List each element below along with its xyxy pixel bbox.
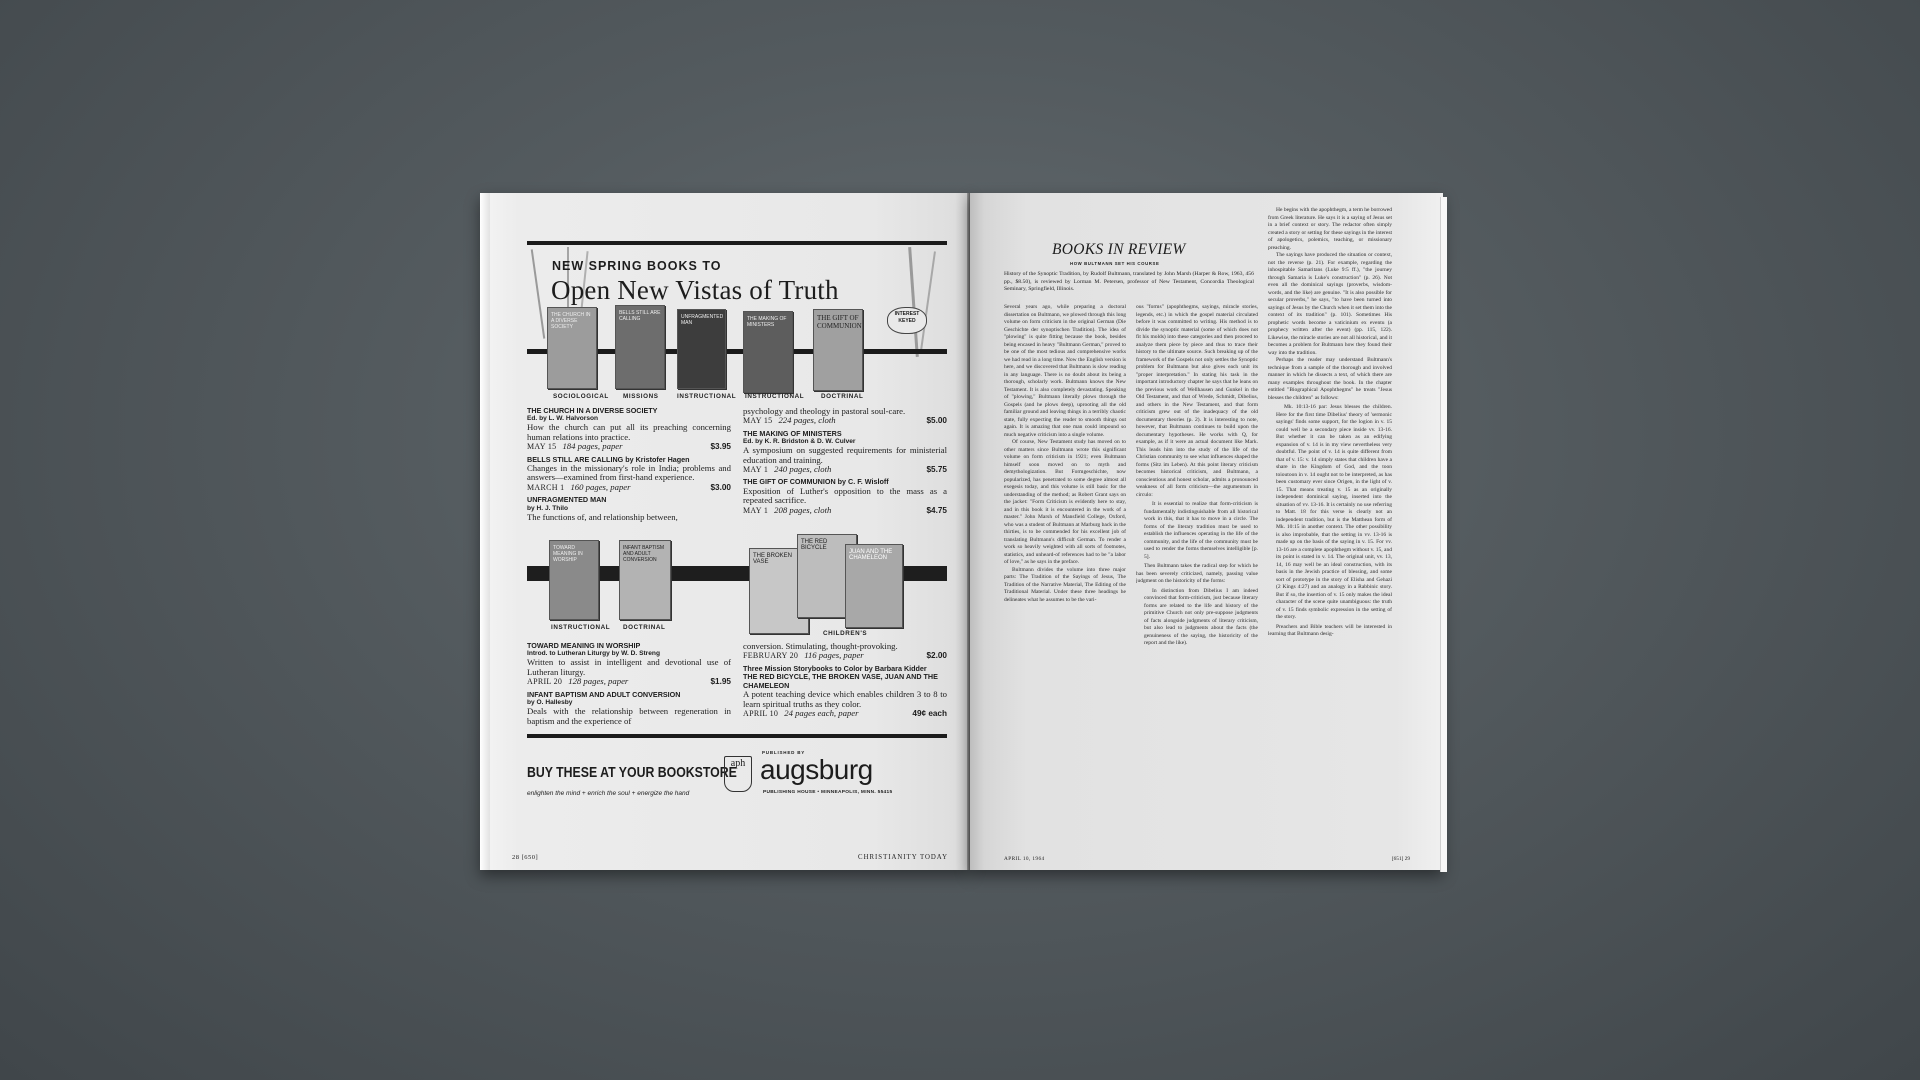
section-title: BOOKS IN REVIEW xyxy=(1052,241,1186,259)
book-entry: conversion. Stimulating, thought-provoki… xyxy=(743,642,947,661)
book-shelf-bottom: Toward Meaning in Worship Infant Baptism… xyxy=(527,534,947,630)
book-titles: THE RED BICYCLE, THE BROKEN VASE, JUAN A… xyxy=(743,673,947,690)
book-entry: TOWARD MEANING IN WORSHIP Introd. to Lut… xyxy=(527,642,731,687)
review-column-3: He begins with the apophthegm, a term he… xyxy=(1268,207,1392,844)
book-entry: INFANT BAPTISM AND ADULT CONVERSION by O… xyxy=(527,691,731,726)
book-list-top: THE CHURCH IN A DIVERSE SOCIETY Ed. by L… xyxy=(527,407,947,526)
book-meta: MAY 15224 pages, cloth$5.00 xyxy=(743,416,947,425)
book-entry: Three Mission Storybooks to Color by Bar… xyxy=(743,665,947,718)
book-cover: The Making of Ministers xyxy=(743,311,793,393)
book-price: $3.95 xyxy=(711,442,732,451)
ad-hero: NEW SPRING BOOKS TO Open New Vistas of T… xyxy=(527,245,947,375)
book-list-bottom: TOWARD MEANING IN WORSHIP Introd. to Lut… xyxy=(527,642,947,730)
book-list-column-right: psychology and theology in pastoral soul… xyxy=(743,407,947,526)
category-label: MISSIONS xyxy=(623,393,659,400)
category-label: INSTRUCTIONAL xyxy=(551,624,610,631)
book-list-column-right: conversion. Stimulating, thought-provoki… xyxy=(743,642,947,730)
book-title: THE MAKING OF MINISTERS xyxy=(743,430,947,438)
category-label: INSTRUCTIONAL xyxy=(677,393,736,400)
aph-logo-icon: aph xyxy=(724,756,752,792)
interest-keyed-badge: INTEREST KEYED xyxy=(887,307,927,334)
book-description: Deals with the relationship between rege… xyxy=(527,707,731,726)
book-description: How the church can put all its preaching… xyxy=(527,423,731,442)
book-price: 49¢ each xyxy=(912,709,947,718)
review-title: HOW BULTMANN SET HIS COURSE xyxy=(1070,261,1159,266)
page-folio-right: [651] 29 xyxy=(1392,856,1410,862)
book-cover: The Gift of Communion xyxy=(813,309,863,391)
book-entry: THE GIFT OF COMMUNION by C. F. Wisloff E… xyxy=(743,478,947,515)
book-meta: APRIL 20128 pages, paper$1.95 xyxy=(527,677,731,686)
book-price: $5.00 xyxy=(927,416,948,425)
book-description: A symposium on suggested requirements fo… xyxy=(743,446,947,465)
book-meta: APRIL 1024 pages each, paper49¢ each xyxy=(743,709,947,718)
category-label: SOCIOLOGICAL xyxy=(553,393,609,400)
book-title: THE CHURCH IN A DIVERSE SOCIETY xyxy=(527,407,731,415)
book-title: INFANT BAPTISM AND ADULT CONVERSION xyxy=(527,691,731,699)
book-description: Changes in the missionary's role in Indi… xyxy=(527,464,731,483)
ad-kicker: NEW SPRING BOOKS TO xyxy=(552,259,721,273)
book-cover: The Church in a Diverse Society xyxy=(547,307,597,389)
book-price: $2.00 xyxy=(927,651,948,660)
tree-illustration xyxy=(920,251,936,350)
page-folio-left: 28 [650] xyxy=(512,854,538,861)
category-label: DOCTRINAL xyxy=(821,393,863,400)
review-intro: History of the Synoptic Tradition, by Ru… xyxy=(1004,271,1254,294)
book-entry: BELLS STILL ARE CALLING by Kristofer Hag… xyxy=(527,456,731,493)
book-cover: Infant Baptism and Adult Conversion xyxy=(619,540,671,620)
book-cover: Unfragmented Man xyxy=(677,309,726,389)
right-page: BOOKS IN REVIEW HOW BULTMANN SET HIS COU… xyxy=(970,193,1443,870)
book-entry: THE MAKING OF MINISTERS Ed. by K. R. Bri… xyxy=(743,430,947,475)
book-entry: UNFRAGMENTED MAN by H. J. Thilo The func… xyxy=(527,496,731,522)
magazine-spread: NEW SPRING BOOKS TO Open New Vistas of T… xyxy=(480,193,1445,870)
book-list-column-left: TOWARD MEANING IN WORSHIP Introd. to Lut… xyxy=(527,642,731,730)
book-meta: MAY 1240 pages, cloth$5.75 xyxy=(743,465,947,474)
book-cover: Bells Still Are Calling xyxy=(615,305,665,389)
book-price: $5.75 xyxy=(927,465,948,474)
category-label: CHILDREN'S xyxy=(823,630,867,637)
buy-line: BUY THESE AT YOUR BOOKSTORE xyxy=(527,764,737,781)
book-title: UNFRAGMENTED MAN xyxy=(527,496,731,504)
book-description: psychology and theology in pastoral soul… xyxy=(743,407,947,416)
book-meta: MAY 1208 pages, cloth$4.75 xyxy=(743,506,947,515)
book-description: A potent teaching device which enables c… xyxy=(743,690,947,709)
left-page: NEW SPRING BOOKS TO Open New Vistas of T… xyxy=(480,193,970,870)
ad-headline: Open New Vistas of Truth xyxy=(551,275,839,306)
book-cover: Juan and the Chameleon xyxy=(845,544,903,628)
book-cover: Toward Meaning in Worship xyxy=(549,540,599,620)
review-column-2: ous "forms" (apophthegms, sayings, mirac… xyxy=(1136,304,1258,844)
book-entry: THE CHURCH IN A DIVERSE SOCIETY Ed. by L… xyxy=(527,407,731,452)
bottom-rule xyxy=(527,734,947,738)
book-title: TOWARD MEANING IN WORSHIP xyxy=(527,642,731,650)
augsburg-advertisement: NEW SPRING BOOKS TO Open New Vistas of T… xyxy=(527,241,947,800)
book-meta: MAY 15184 pages, paper$3.95 xyxy=(527,442,731,451)
tree-illustration xyxy=(531,249,546,338)
magazine-name: CHRISTIANITY TODAY xyxy=(858,854,948,861)
book-entry: psychology and theology in pastoral soul… xyxy=(743,407,947,426)
book-price: $3.00 xyxy=(711,483,732,492)
buy-banner: BUY THESE AT YOUR BOOKSTORE enlighten th… xyxy=(527,750,947,800)
ad-tagline: enlighten the mind + enrich the soul + e… xyxy=(527,790,689,797)
book-list-column-left: THE CHURCH IN A DIVERSE SOCIETY Ed. by L… xyxy=(527,407,731,526)
book-description: Exposition of Luther's opposition to the… xyxy=(743,487,947,506)
publisher-address: PUBLISHING HOUSE • MINNEAPOLIS, MINN. 55… xyxy=(763,790,892,795)
book-price: $4.75 xyxy=(927,506,948,515)
tree-illustration xyxy=(908,247,919,357)
books-in-review-section: BOOKS IN REVIEW HOW BULTMANN SET HIS COU… xyxy=(984,193,1424,870)
category-label: DOCTRINAL xyxy=(623,624,665,631)
book-meta: FEBRUARY 20116 pages, paper$2.00 xyxy=(743,651,947,660)
review-column-1: Several years ago, while preparing a doc… xyxy=(1004,304,1126,844)
category-label: INSTRUCTIONAL xyxy=(745,393,804,400)
book-price: $1.95 xyxy=(711,677,732,686)
book-meta: MARCH 1160 pages, paper$3.00 xyxy=(527,483,731,492)
issue-date: APRIL 10, 1964 xyxy=(1004,856,1045,862)
book-description: Written to assist in intelligent and dev… xyxy=(527,658,731,677)
book-description: The functions of, and relationship betwe… xyxy=(527,513,731,522)
publisher-name: augsburg xyxy=(760,755,873,785)
